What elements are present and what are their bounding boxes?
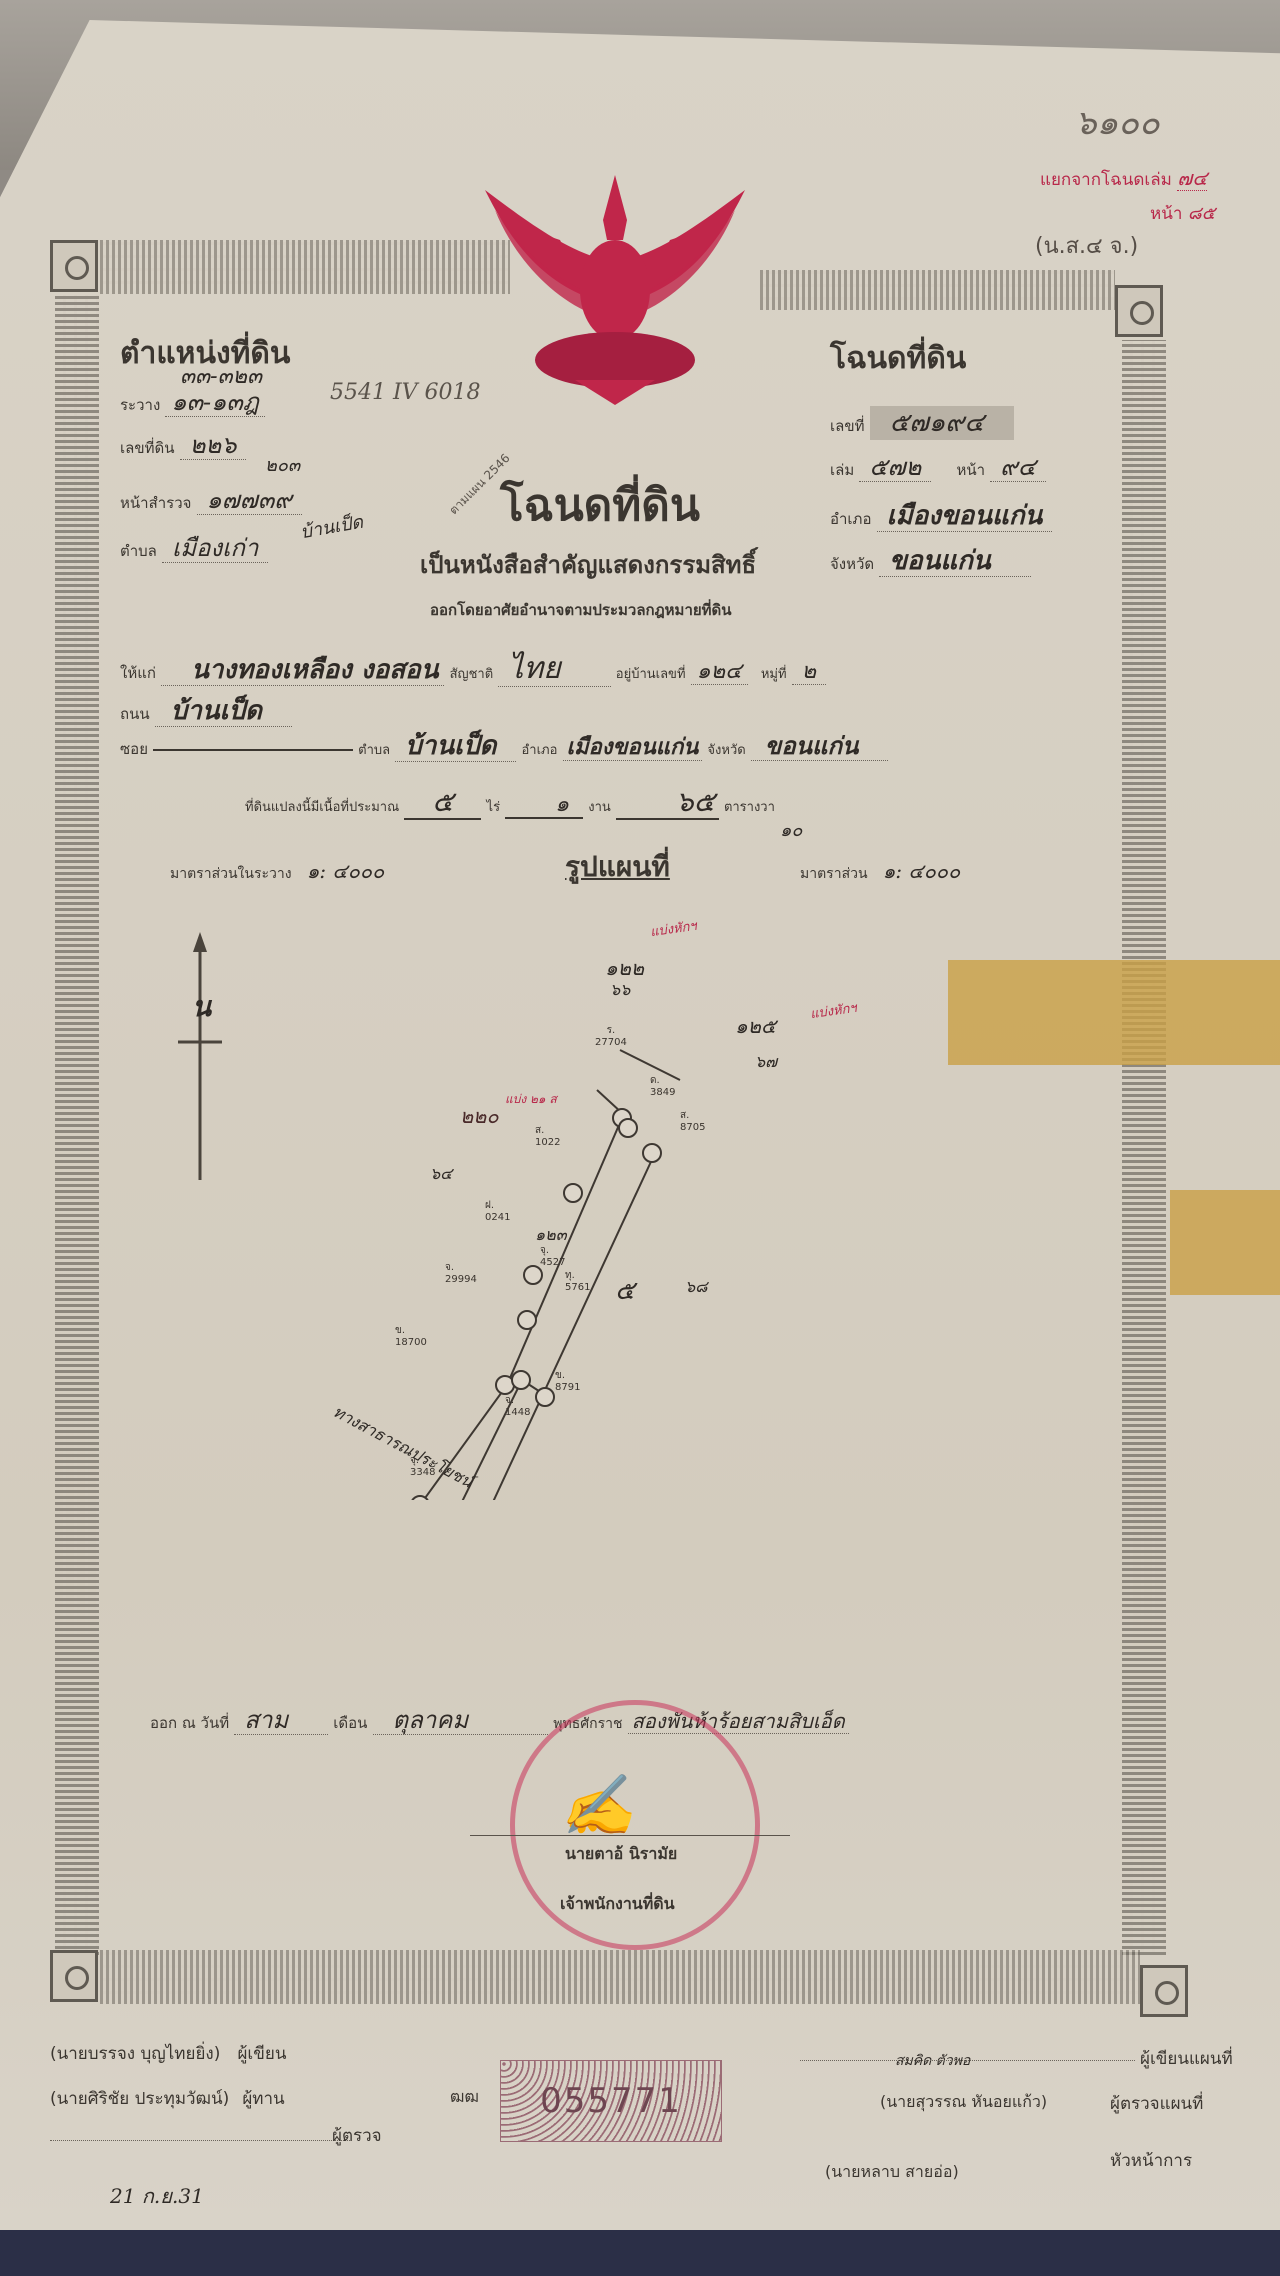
point-value: 3849 [650, 1087, 675, 1099]
point-value: 18700 [395, 1337, 427, 1349]
deed-subtitle: เป็นหนังสือสำคัญแสดงกรรมสิทธิ์ [420, 545, 756, 584]
checker-role: ผู้ตรวจ [332, 2122, 382, 2149]
parcel-value: ๒๒๖ [180, 431, 247, 460]
point-value: 0241 [485, 1212, 510, 1224]
owner-district-label: อำเภอ [521, 743, 557, 758]
point-value: 8791 [555, 1382, 580, 1394]
area-rai-value: ๕ [404, 785, 481, 820]
subdistrict-value: เมืองเก่า [162, 534, 268, 563]
deed-province-value: ขอนแก่น [879, 546, 1030, 577]
head-role: หัวหน้าการ [1110, 2147, 1192, 2174]
deed-district-label: อำเภอ [830, 510, 871, 528]
deed-title: โฉนดที่ดิน [500, 470, 700, 540]
point-code: ข. [555, 1370, 580, 1382]
subdistrict-label: ตำบล [120, 542, 157, 560]
split-from-text: แยกจากโฉนดเล่ม [1040, 170, 1172, 190]
survey-label: ระวาง [120, 396, 160, 414]
deed-district-row: อำเภอ เมืองขอนแก่น [830, 495, 1052, 536]
official-signature: ✍ [560, 1770, 635, 1841]
map-writer-line [800, 2060, 1135, 2061]
map-writer-name: สมคิด ตัวพอ [895, 2050, 970, 2072]
village-value: ๒ [792, 659, 827, 685]
point-value: 27704 [595, 1037, 627, 1049]
serial-prefix: ฒฒ [450, 2085, 479, 2110]
village-label: หมู่ที่ [761, 667, 787, 682]
point-value: 5761 [565, 1282, 590, 1294]
verifier-signature-row: (นายศิริชัย ประทุมวัฒน์) ผู้ทาน [50, 2085, 285, 2112]
split-from-page-value: ๘๕ [1188, 203, 1216, 224]
map-point-label: จุ.4527 [540, 1245, 565, 1269]
tape-patch [948, 960, 1280, 1065]
map-scale-right: มาตราส่วน ๑: ๔๐๐๐ [800, 855, 960, 887]
verifier-role: ผู้ทาน [242, 2089, 284, 2109]
split-from-book: ๗๔ [1177, 166, 1207, 191]
lane-value [153, 749, 353, 751]
map-point-label: ทุ.5761 [565, 1270, 590, 1294]
verifier-name: (นายศิริชัย ประทุมวัฒน์) [50, 2089, 229, 2109]
road-value: บ้านเป็ด [155, 696, 292, 727]
garuda-emblem-icon [465, 170, 765, 410]
map-point-label: ข.8791 [555, 1370, 580, 1394]
deed-number-row: เลขที่ ๕๗๑๙๔ [830, 402, 1014, 443]
lane-label: ซอย [120, 740, 148, 758]
point-value: 8705 [680, 1122, 705, 1134]
handwritten-number: ๖๑๐๐ [1075, 95, 1160, 149]
head-name: (นายหลาบ สายอ่อ) [825, 2160, 959, 2185]
owner-subdistrict-label: ตำบล [358, 743, 390, 758]
issue-day-value: สาม [234, 1706, 328, 1735]
area-label: ที่ดินแปลงนี้มีเนื้อที่ประมาณ [245, 800, 399, 815]
map-scale-right-label: มาตราส่วน [800, 866, 868, 882]
parcel-label: เลขที่ดิน [120, 439, 174, 457]
owner-row: ให้แก่ นางทองเหลือง งอสอน สัญชาติ ไทย อย… [120, 645, 1100, 692]
official-name: นายตาอ้ นิรามัย [565, 1842, 677, 1867]
deed-page-value: ๙๔ [990, 453, 1046, 482]
area-ngan-value: ๑ [505, 792, 583, 819]
frame-top-border [760, 270, 1115, 310]
signature-line [470, 1835, 790, 1836]
deed-book-label: เล่ม [830, 461, 854, 479]
issue-month-label: เดือน [333, 1714, 367, 1732]
frame-corner-ornament [1115, 285, 1163, 337]
map-checker-name: (นายสุวรรณ หันอยแก้ว) [880, 2090, 1047, 2115]
map-scale-left-label: มาตราส่วนในระวาง [170, 866, 292, 882]
map-writer-role: ผู้เขียนแผนที่ [1140, 2045, 1233, 2072]
split-from-page-label: หน้า [1150, 204, 1182, 224]
map-point-label: ข.18700 [395, 1325, 427, 1349]
point-code: ส. [535, 1125, 560, 1137]
map-parcel-label: ๒๒๐ [460, 1100, 499, 1132]
deed-number-label: เลขที่ [830, 417, 864, 435]
point-value: 29994 [445, 1274, 477, 1286]
writer-name: (นายบรรจง บุญไทยยิ่ง) [50, 2044, 220, 2064]
frame-bottom-border [100, 1950, 1140, 2004]
owner-district-value: เมืองขอนแก่น [563, 734, 703, 761]
point-code: จุ. [540, 1245, 565, 1257]
survey-value: ๑๓-๑๓ฎ [165, 388, 265, 417]
deed-province-label: จังหวัด [830, 555, 874, 573]
frame-corner-ornament [1140, 1965, 1188, 2017]
owner-province-value: ขอนแก่น [751, 731, 889, 761]
form-code: (น.ส.๔ จ.) [1035, 228, 1138, 263]
map-point-label: ฝ.0241 [485, 1200, 510, 1224]
area-sqwa-value: ๖๕ [616, 785, 719, 820]
point-code: จ. [505, 1395, 530, 1407]
subdistrict-row: ตำบล เมืองเก่า [120, 528, 268, 567]
map-parcel-label: ๖๔ [430, 1162, 452, 1187]
point-value: 1022 [535, 1137, 560, 1149]
owner-province-label: จังหวัด [707, 743, 745, 758]
writer-signature-row: (นายบรรจง บุญไทยยิ่ง) ผู้เขียน [50, 2040, 286, 2067]
map-parcel-label: ๖๘ [685, 1275, 708, 1300]
point-code: ทุ. [565, 1270, 590, 1282]
writer-role: ผู้เขียน [237, 2044, 286, 2064]
point-code: ด. [650, 1075, 675, 1087]
map-scale-left: มาตราส่วนในระวาง ๑: ๔๐๐๐ [170, 855, 384, 887]
deed-number-value: ๕๗๑๙๔ [870, 406, 1014, 440]
map-point-label: ร.27704 [595, 1025, 627, 1049]
map-point-label: ด.3849 [650, 1075, 675, 1099]
nationality-value: ไทย [498, 651, 610, 687]
point-code: ฝ. [485, 1200, 510, 1212]
map-point-label: ส.1022 [535, 1125, 560, 1149]
frame-left-border [55, 295, 99, 1955]
deed-authority: ออกโดยอาศัยอำนาจตามประมวลกฎหมายที่ดิน [430, 598, 732, 622]
map-parcel-label: ๖๗ [755, 1050, 777, 1075]
deed-district-value: เมืองขอนแก่น [877, 501, 1053, 532]
deed-province-row: จังหวัด ขอนแก่น [830, 540, 1031, 581]
issue-date-label: ออก ณ วันที่ [150, 1714, 229, 1732]
owner-to-label: ให้แก่ [120, 664, 156, 682]
official-title: เจ้าพนักงานที่ดิน [560, 1892, 675, 1917]
map-point-label: จ.1448 [505, 1395, 530, 1419]
survey-annotation: 5541 IV 6018 [330, 380, 481, 405]
area-ngan-label: งาน [588, 800, 611, 815]
date-note: 21 ก.ย.31 [110, 2180, 204, 2212]
point-value: 4527 [540, 1257, 565, 1269]
survey-page-value: ๑๗๗๓๙ [197, 486, 302, 515]
point-code: ส. [680, 1110, 705, 1122]
map-scale-right-value: ๑: ๔๐๐๐ [883, 859, 961, 883]
owner-subdistrict-value: บ้านเป็ด [395, 731, 516, 762]
parcel-row: เลขที่ดิน ๒๒๖ [120, 425, 246, 464]
area-rai-label: ไร่ [487, 800, 501, 815]
deed-page-label: หน้า [956, 461, 985, 479]
serial-number: 055771 [540, 2081, 682, 2121]
map-scale-left-value: ๑: ๔๐๐๐ [307, 859, 385, 883]
map-parcel-label: ๑๒๕ [735, 1010, 776, 1042]
checker-signature-line [50, 2140, 350, 2141]
area-row: ที่ดินแปลงนี้มีเนื้อที่ประมาณ ๕ ไร่ ๑ งา… [245, 780, 775, 824]
point-code: ร. [595, 1025, 627, 1037]
map-point-label: ส.8705 [680, 1110, 705, 1134]
map-title: รูปแผนที่ [565, 845, 670, 889]
address-row: ซอย ตำบล บ้านเป็ด อำเภอ เมืองขอนแก่น จัง… [120, 725, 1100, 766]
road-label: ถนน [120, 705, 150, 723]
point-value: 1448 [505, 1407, 530, 1419]
map-red-note: แบ่ง ๒๑ ส [505, 1090, 557, 1109]
area-sqwa-annotation: ๑๐ [780, 815, 802, 844]
issue-month-value: ตุลาคม [373, 1706, 549, 1735]
map-parcel-label: ๖๖ [610, 978, 630, 1003]
frame-top-border [100, 240, 510, 294]
split-from-label: แยกจากโฉนดเล่ม ๗๔ [1040, 162, 1207, 194]
map-checker-role: ผู้ตรวจแผนที่ [1110, 2090, 1203, 2117]
nationality-label: สัญชาติ [450, 667, 494, 682]
parcel-annotation: ๒๐๓ [265, 450, 300, 479]
survey-page-row: หน้าสำรวจ ๑๗๗๓๙ [120, 480, 302, 519]
map-point-label: จ.29994 [445, 1262, 477, 1286]
tape-patch [1170, 1190, 1280, 1295]
house-no-value: ๑๒๔ [691, 659, 748, 685]
frame-corner-ornament [50, 240, 98, 292]
deed-book-row: เล่ม ๕๗๒ หน้า ๙๔ [830, 447, 1100, 486]
deed-box-heading: โฉนดที่ดิน [830, 335, 966, 382]
map-parcel-label: ๕ [615, 1270, 635, 1311]
point-code: จ. [445, 1262, 477, 1274]
serial-number-box: 055771 [500, 2060, 722, 2142]
point-code: ข. [395, 1325, 427, 1337]
area-sqwa-label: ตารางวา [724, 800, 775, 815]
split-from-page: หน้า ๘๕ [1150, 198, 1215, 227]
owner-name: นางทองเหลือง งอสอน [161, 655, 444, 686]
house-no-label: อยู่บ้านเลขที่ [616, 667, 686, 682]
survey-page-label: หน้าสำรวจ [120, 494, 191, 512]
table-surface [0, 2230, 1280, 2276]
frame-corner-ornament [50, 1950, 98, 2002]
deed-book-value: ๕๗๒ [859, 453, 931, 482]
